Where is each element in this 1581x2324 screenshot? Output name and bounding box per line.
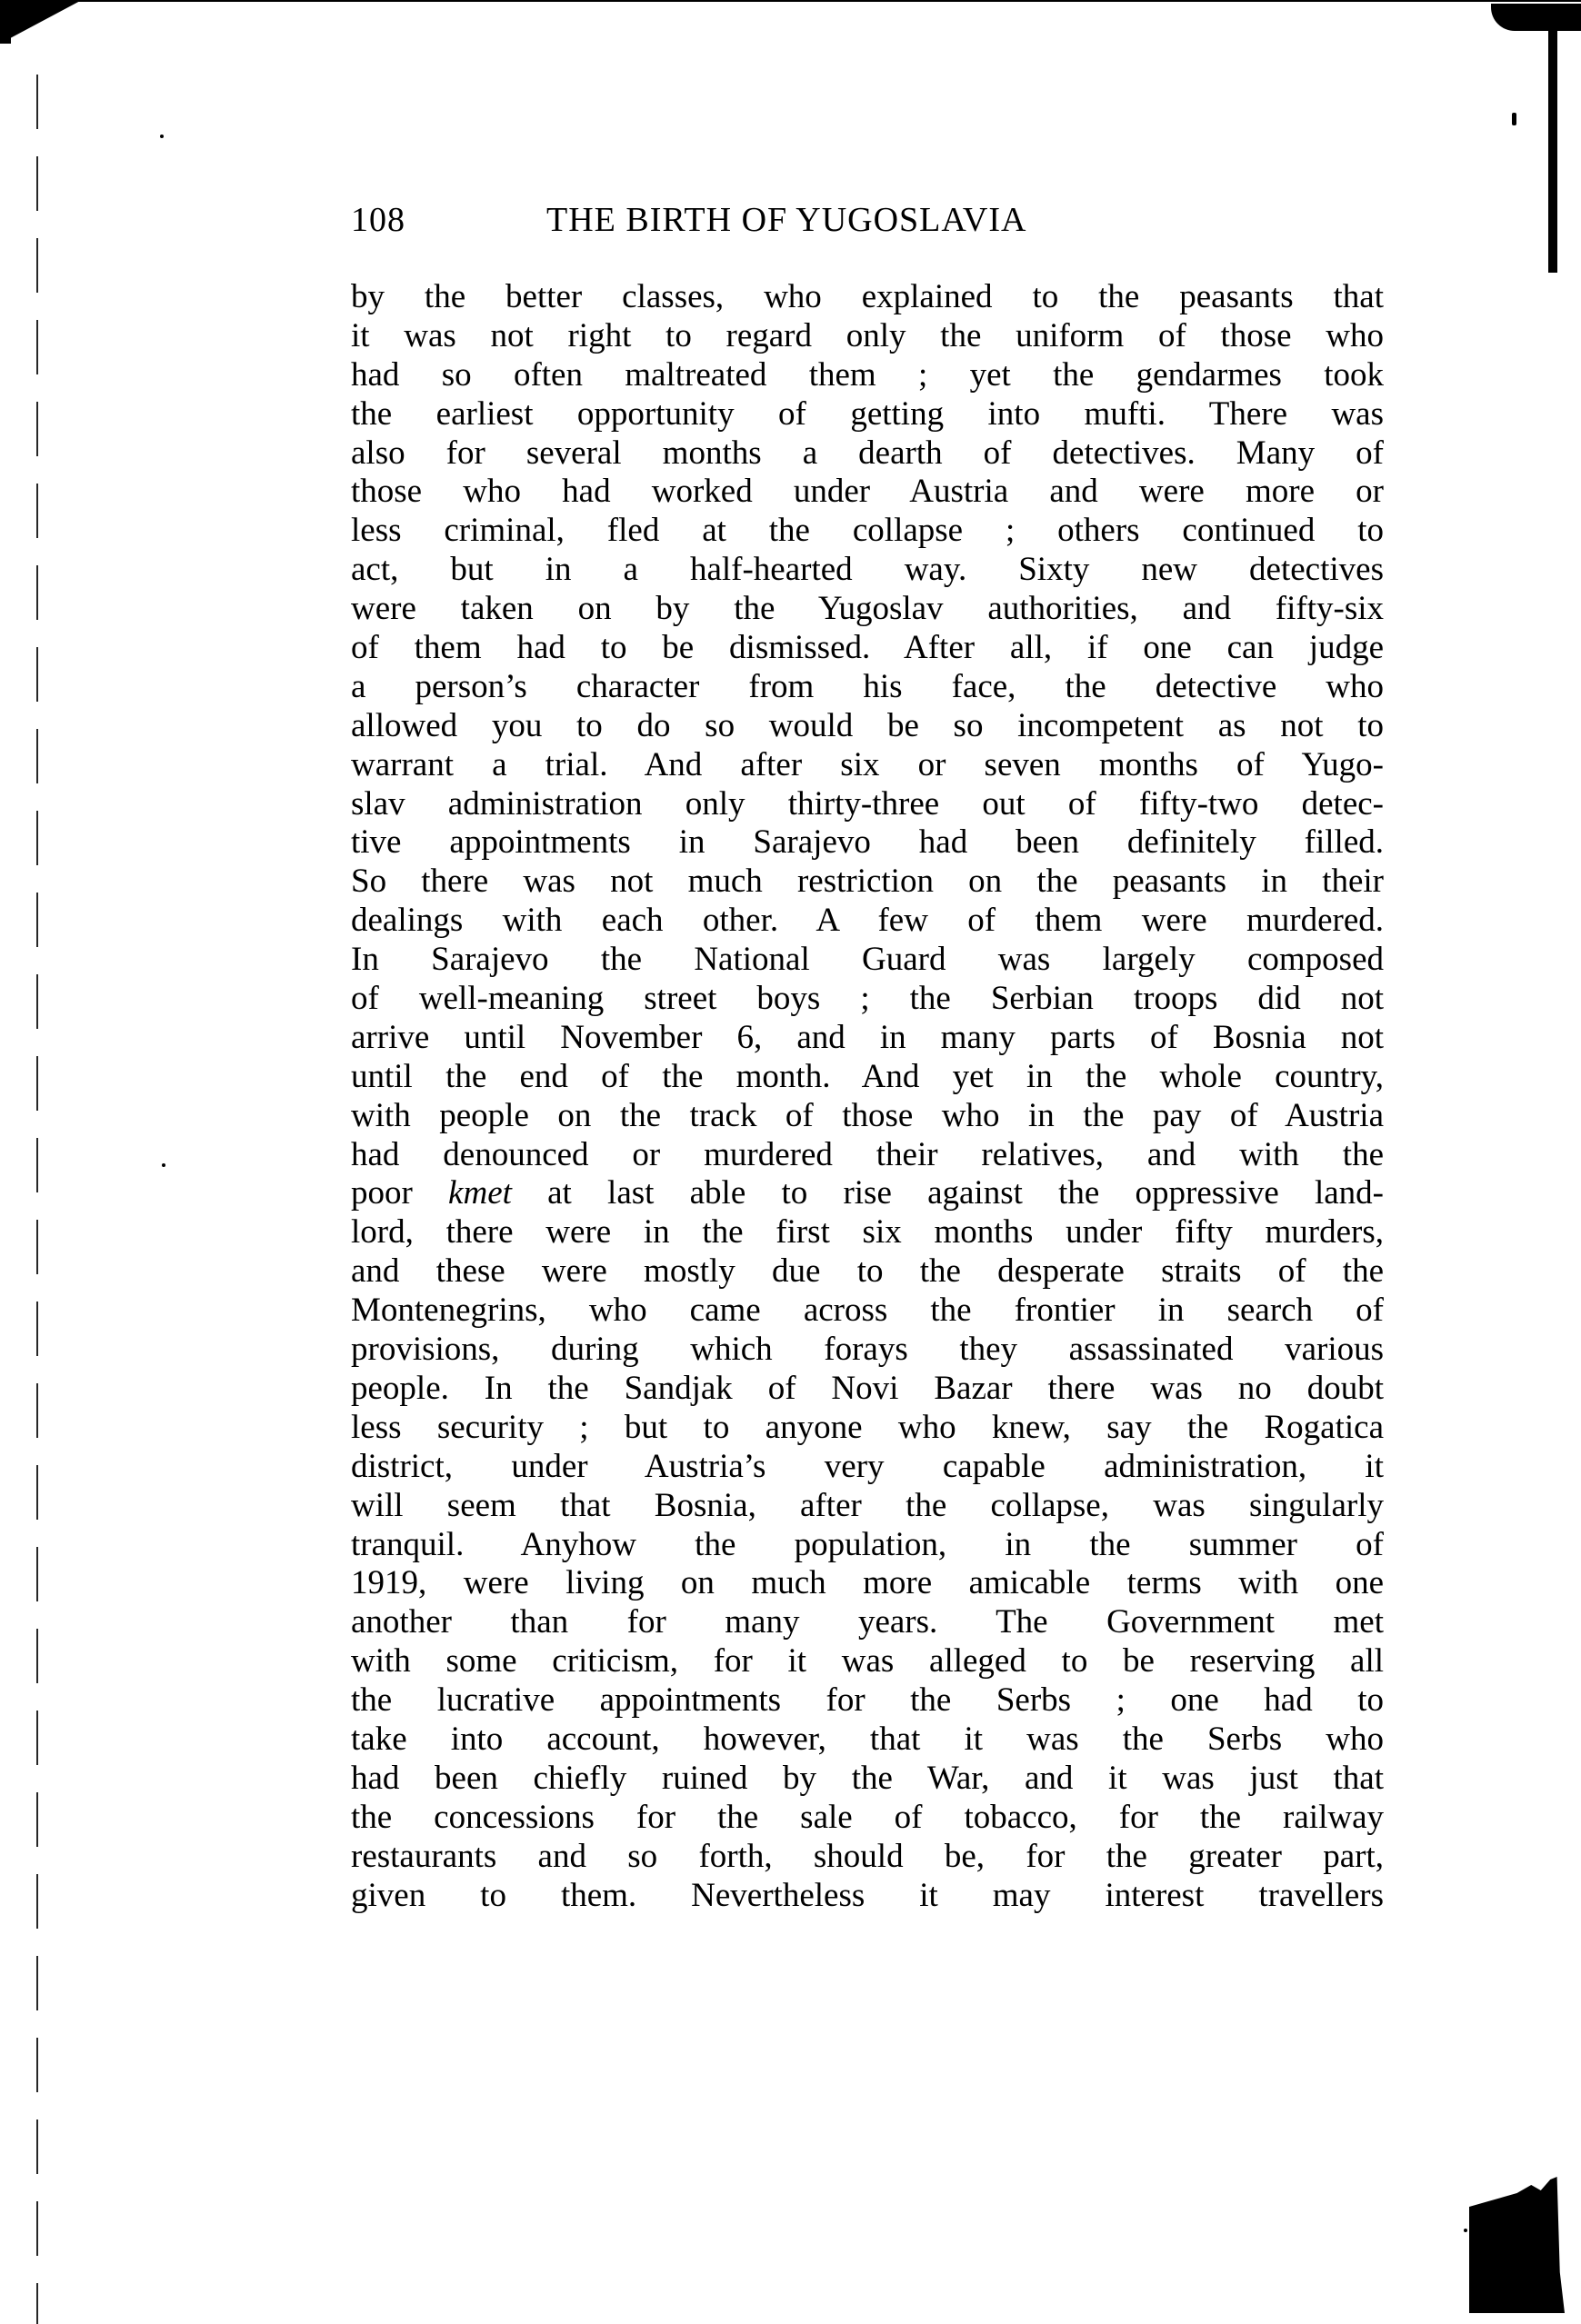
- text-line: tranquil. Anyhow the population, in the …: [351, 1526, 1384, 1565]
- scan-top-edge: [0, 0, 1581, 5]
- running-head: 108 THE BIRTH OF YUGOSLAVIA: [351, 200, 1384, 240]
- text-line: had so often maltreated them ; yet the g…: [351, 356, 1384, 395]
- text-line: restaurants and so forth, should be, for…: [351, 1838, 1384, 1877]
- text-line: until the end of the month. And yet in t…: [351, 1058, 1384, 1097]
- text-line: it was not right to regard only the unif…: [351, 317, 1384, 356]
- text-line: Montenegrins, who came across the fronti…: [351, 1292, 1384, 1331]
- text-line: another than for many years. The Governm…: [351, 1603, 1384, 1642]
- page-number: 108: [351, 200, 405, 240]
- text-line: warrant a trial. And after six or seven …: [351, 746, 1384, 785]
- text-line: slav administration only thirty-three ou…: [351, 785, 1384, 824]
- text-line: had been chiefly ruined by the War, and …: [351, 1760, 1384, 1799]
- text-line: had denounced or murdered their relative…: [351, 1136, 1384, 1175]
- body-text: by the better classes, who explained to …: [351, 278, 1384, 1915]
- text-line: less criminal, fled at the collapse ; ot…: [351, 512, 1384, 551]
- text-line: take into account, however, that it was …: [351, 1721, 1384, 1760]
- text-line: were taken on by the Yugoslav authoritie…: [351, 590, 1384, 629]
- text-line: of them had to be dismissed. After all, …: [351, 629, 1384, 668]
- text-line: arrive until November 6, and in many par…: [351, 1019, 1384, 1058]
- text-line: So there was not much restriction on the…: [351, 863, 1384, 902]
- text-line: dealings with each other. A few of them …: [351, 902, 1384, 941]
- running-title: THE BIRTH OF YUGOSLAVIA: [546, 200, 1026, 240]
- text-line: by the better classes, who explained to …: [351, 278, 1384, 317]
- text-line: people. In the Sandjak of Novi Bazar the…: [351, 1370, 1384, 1409]
- text-line: In Sarajevo the National Guard was large…: [351, 941, 1384, 980]
- text-line: a person’s character from his face, the …: [351, 668, 1384, 707]
- scan-bottom-right-shadow: [1469, 2177, 1565, 2313]
- text-line: the concessions for the sale of tobacco,…: [351, 1799, 1384, 1838]
- text-line: the earliest opportunity of getting into…: [351, 395, 1384, 434]
- scan-dot: [162, 1163, 165, 1167]
- scan-right-edge-shadow: [1548, 9, 1557, 273]
- text-line: tive appointments in Sarajevo had been d…: [351, 823, 1384, 863]
- text-line: provisions, during which forays they ass…: [351, 1331, 1384, 1370]
- scan-corner-shadow-top-left: [0, 0, 82, 44]
- scan-speck: [1512, 113, 1516, 125]
- scan-dot: [1464, 2229, 1467, 2232]
- text-line: of well-meaning street boys ; the Serbia…: [351, 980, 1384, 1019]
- text-line: allowed you to do so would be so incompe…: [351, 707, 1384, 746]
- italic-term: kmet: [448, 1174, 512, 1212]
- text-line: also for several months a dearth of dete…: [351, 434, 1384, 474]
- text-line: the lucrative appointments for the Serbs…: [351, 1681, 1384, 1721]
- text-line: will seem that Bosnia, after the collaps…: [351, 1487, 1384, 1526]
- text-line: with some criticism, for it was alleged …: [351, 1642, 1384, 1681]
- text-line: given to them. Nevertheless it may inter…: [351, 1877, 1384, 1916]
- text-line: lord, there were in the first six months…: [351, 1213, 1384, 1252]
- text-line: poor kmet at last able to rise against t…: [351, 1174, 1384, 1213]
- text-line: and these were mostly due to the despera…: [351, 1252, 1384, 1292]
- scan-left-margin-line: [36, 75, 38, 2324]
- scan-dot: [160, 135, 164, 138]
- text-line: those who had worked under Austria and w…: [351, 473, 1384, 512]
- text-line: less security ; but to anyone who knew, …: [351, 1409, 1384, 1448]
- text-line: act, but in a half-hearted way. Sixty ne…: [351, 551, 1384, 590]
- text-line: district, under Austria’s very capable a…: [351, 1448, 1384, 1487]
- text-line: with people on the track of those who in…: [351, 1097, 1384, 1136]
- scan-corner-shadow-top-right: [1491, 4, 1581, 31]
- text-line: 1919, were living on much more amicable …: [351, 1564, 1384, 1603]
